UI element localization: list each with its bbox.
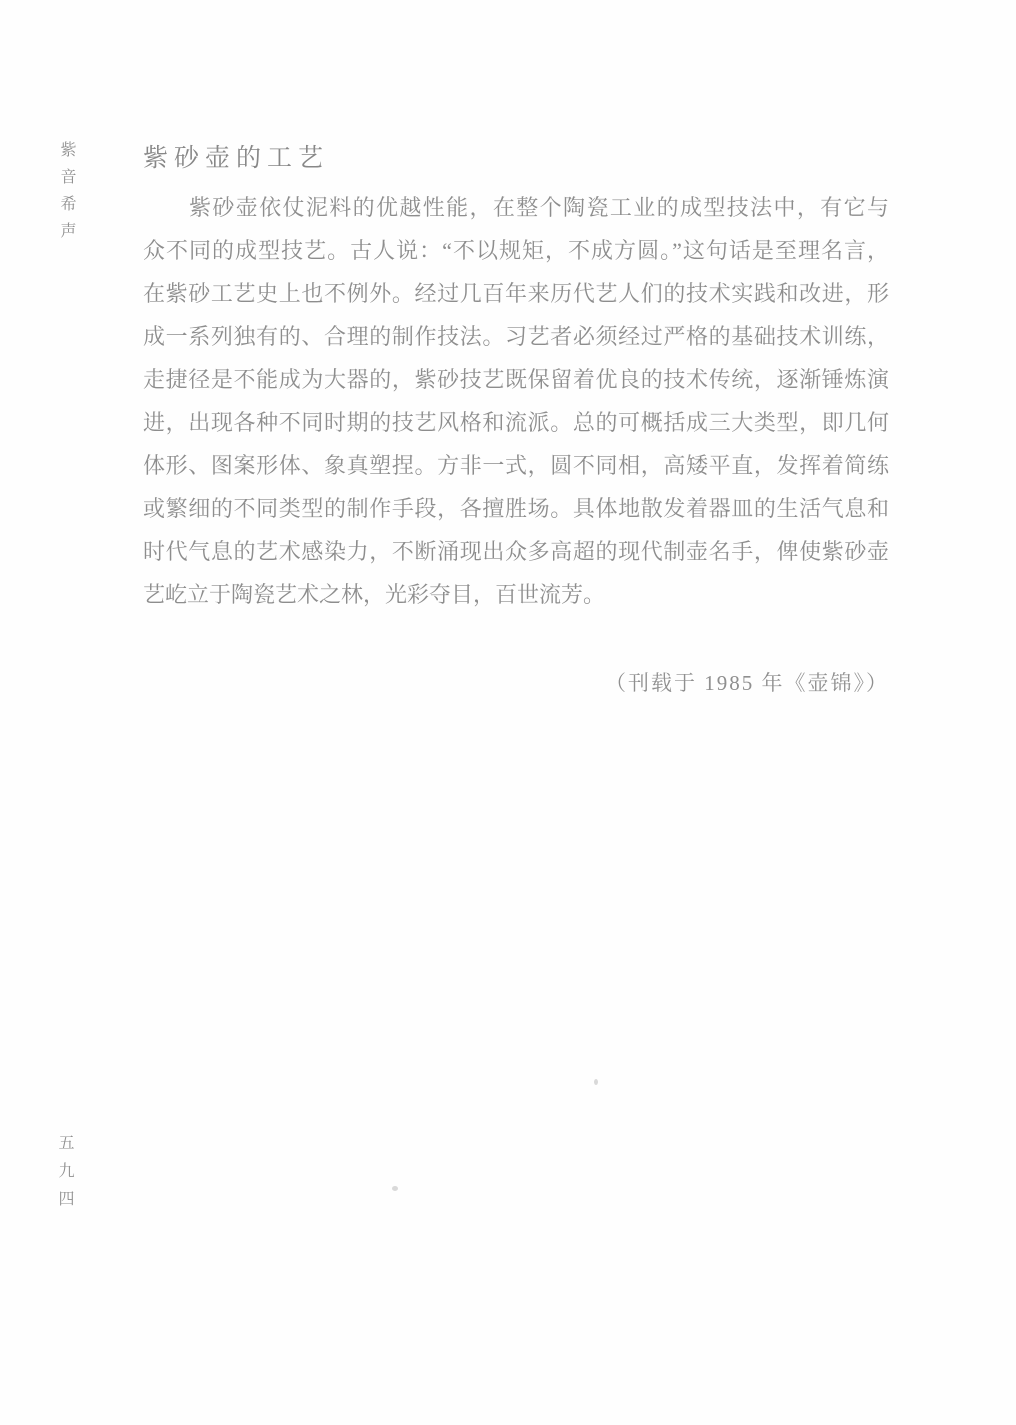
publication-citation: （刊载于 1985 年《壶锦》）: [143, 668, 889, 698]
body-line: 成一系列独有的、合理的制作技法。习艺者必须经过严格的基础技术训练，: [143, 315, 889, 358]
body-line: 众不同的成型技艺。古人说：“不以规矩，不成方圆。”这句话是至理名言，: [143, 229, 889, 272]
page-number: 五九四: [53, 1134, 76, 1218]
body-line: 紫砂壶依仗泥料的优越性能，在整个陶瓷工业的成型技法中，有它与: [143, 186, 889, 229]
scan-speck: [392, 1186, 398, 1191]
body-line: 艺屹立于陶瓷艺术之林，光彩夺目，百世流芳。: [143, 573, 889, 616]
spine-vertical-label: 紫音希声: [55, 141, 78, 249]
body-line: 或繁细的不同类型的制作手段，各擅胜场。具体地散发着器皿的生活气息和: [143, 487, 889, 530]
body-line: 进，出现各种不同时期的技艺风格和流派。总的可概括成三大类型，即几何: [143, 401, 889, 444]
body-line: 体形、图案形体、象真塑捏。方非一式，圆不同相，高矮平直，发挥着简练: [143, 444, 889, 487]
body-line: 在紫砂工艺史上也不例外。经过几百年来历代艺人们的技术实践和改进，形: [143, 272, 889, 315]
article: 紫砂壶的工艺 紫砂壶依仗泥料的优越性能，在整个陶瓷工业的成型技法中，有它与 众不…: [143, 144, 889, 698]
book-page: 紫音希声 紫砂壶的工艺 紫砂壶依仗泥料的优越性能，在整个陶瓷工业的成型技法中，有…: [0, 0, 1016, 1425]
body-line: 走捷径是不能成为大器的，紫砂技艺既保留着优良的技术传统，逐渐锤炼演: [143, 358, 889, 401]
article-body: 紫砂壶依仗泥料的优越性能，在整个陶瓷工业的成型技法中，有它与 众不同的成型技艺。…: [143, 186, 889, 616]
body-line: 时代气息的艺术感染力，不断涌现出众多高超的现代制壶名手，俾使紫砂壶: [143, 530, 889, 573]
scan-speck: [594, 1079, 598, 1085]
article-title: 紫砂壶的工艺: [143, 144, 889, 174]
